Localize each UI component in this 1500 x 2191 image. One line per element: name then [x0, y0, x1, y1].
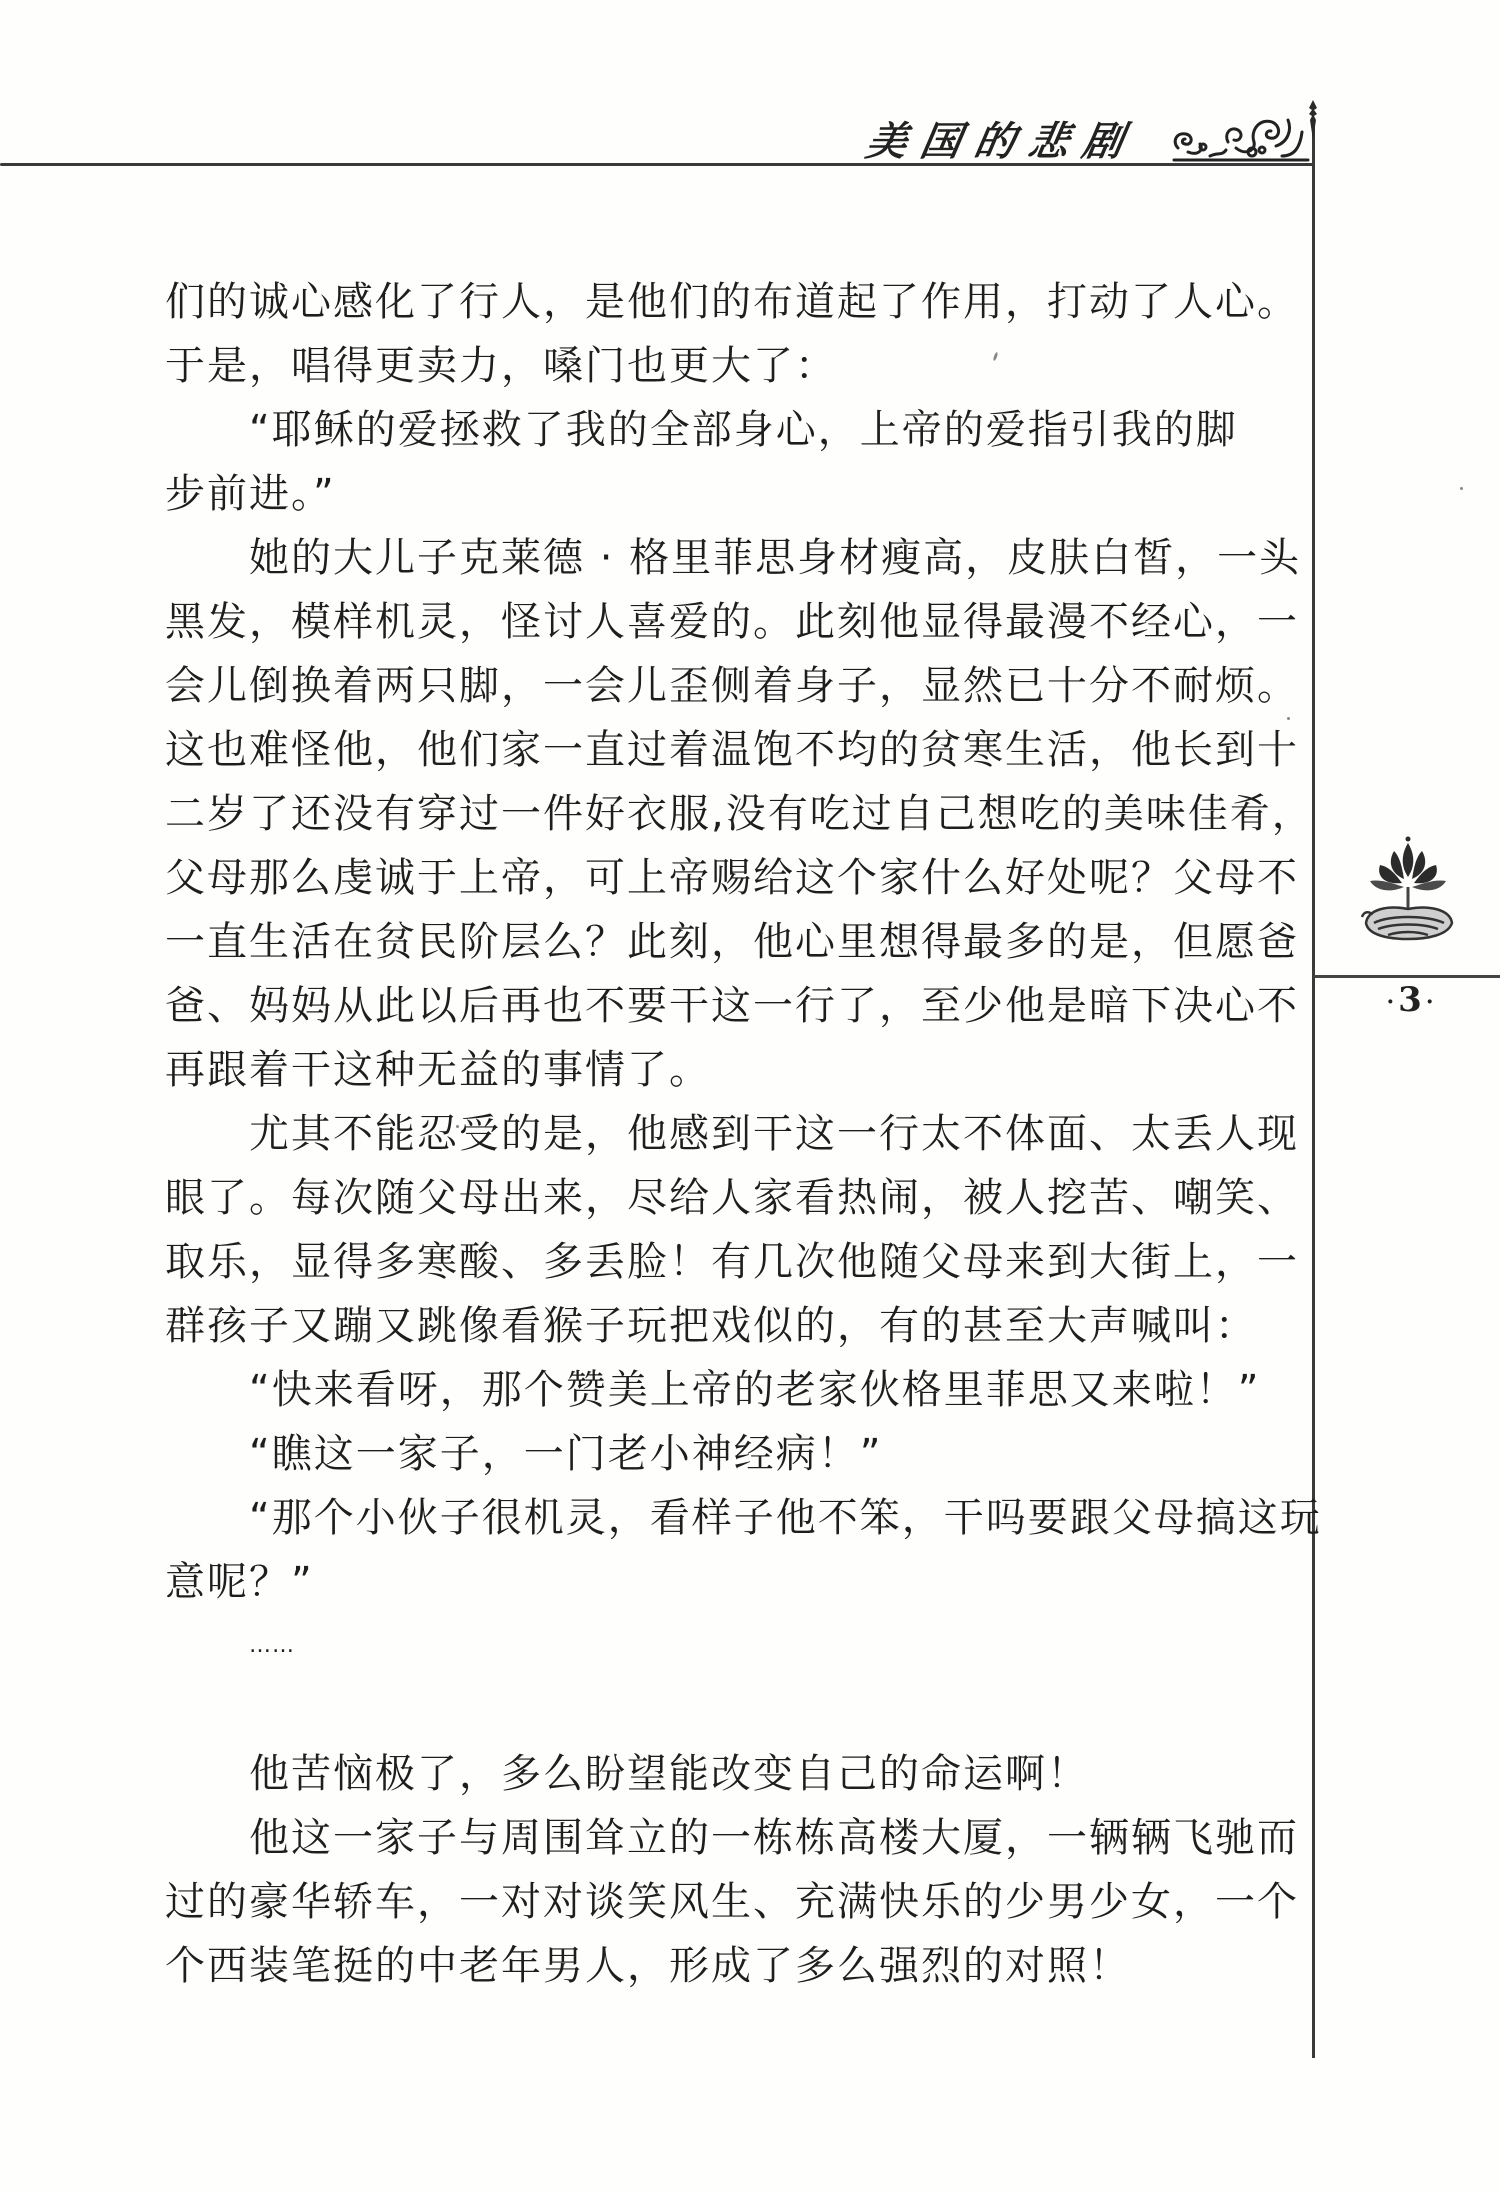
- text-line: 一直生活在贫民阶层么？此刻，他心里想得最多的是，但愿爸: [165, 910, 1265, 974]
- text-line: 黑发，模样机灵，怪讨人喜爱的。此刻他显得最漫不经心，一: [165, 590, 1265, 654]
- scan-speck: [456, 1125, 459, 1128]
- text-line: 这也难怪他，他们家一直过着温饱不均的贫寒生活，他长到十: [165, 718, 1265, 782]
- text-line: 再跟着干这种无益的事情了。: [165, 1038, 1265, 1102]
- margin-separator-rule: [1314, 975, 1500, 978]
- page-number-value: 3: [1398, 980, 1422, 1020]
- text-line: “那个小伙子很机灵，看样子他不笨，干吗要跟父母搞这玩: [165, 1486, 1265, 1550]
- text-line: “瞧这一家子，一门老小神经病！”: [165, 1422, 1265, 1486]
- text-line: 意呢？”: [165, 1550, 1265, 1614]
- scan-speck: [1287, 717, 1290, 720]
- text-line: 爸、妈妈从此以后再也不要干这一行了，至少他是暗下决心不: [165, 974, 1265, 1038]
- running-header-title: 美国的悲剧: [864, 110, 1143, 160]
- body-text: 们的诚心感化了行人，是他们的布道起了作用，打动了人心。 于是，唱得更卖力，嗓门也…: [165, 270, 1265, 1998]
- text-line: 会儿倒换着两只脚，一会儿歪侧着身子，显然已十分不耐烦。: [165, 654, 1265, 718]
- text-line: 眼了。每次随父母出来，尽给人家看热闹，被人挖苦、嘲笑、: [165, 1166, 1265, 1230]
- page-number-right-dot: ·: [1422, 989, 1438, 1015]
- text-line: 二岁了还没有穿过一件好衣服,没有吃过自己想吃的美味佳肴，: [165, 782, 1265, 846]
- text-line: 过的豪华轿车，一对对谈笑风生、充满快乐的少男少女，一个: [165, 1870, 1265, 1934]
- text-line: 父母那么虔诚于上帝，可上帝赐给这个家什么好处呢？父母不: [165, 846, 1265, 910]
- text-line: 们的诚心感化了行人，是他们的布道起了作用，打动了人心。: [165, 270, 1265, 334]
- text-line: 她的大儿子克莱德 · 格里菲思身材瘦高，皮肤白皙，一头: [165, 526, 1265, 590]
- page-number: ·3·: [1370, 980, 1450, 1020]
- text-line: 群孩子又蹦又跳像看猴子玩把戏似的，有的甚至大声喊叫：: [165, 1294, 1265, 1358]
- lotus-icon: [1358, 835, 1458, 950]
- text-line: “快来看呀，那个赞美上帝的老家伙格里菲思又来啦！”: [165, 1358, 1265, 1422]
- blank-line: [165, 1678, 1265, 1742]
- scan-speck: [1460, 487, 1463, 490]
- margin-vertical-rule: [1312, 118, 1315, 2058]
- ellipsis-break: ……: [165, 1614, 1265, 1678]
- text-line: 取乐，显得多寒酸、多丢脸！有几次他随父母来到大街上，一: [165, 1230, 1265, 1294]
- text-line: “耶稣的爱拯救了我的全部身心，上帝的爱指引我的脚: [165, 398, 1265, 462]
- text-line: 步前进。”: [165, 462, 1265, 526]
- text-line: 个西装笔挺的中老年男人，形成了多么强烈的对照！: [165, 1934, 1265, 1998]
- page-number-left-dot: ·: [1382, 989, 1398, 1015]
- text-line: 他这一家子与周围耸立的一栋栋高楼大厦，一辆辆飞驰而: [165, 1806, 1265, 1870]
- text-line: 于是，唱得更卖力，嗓门也更大了：: [165, 334, 1265, 398]
- scroll-ornament-icon: [1170, 112, 1310, 164]
- text-line: 尤其不能忍受的是，他感到干这一行太不体面、太丢人现: [165, 1102, 1265, 1166]
- text-line: 他苦恼极了，多么盼望能改变自己的命运啊！: [165, 1742, 1265, 1806]
